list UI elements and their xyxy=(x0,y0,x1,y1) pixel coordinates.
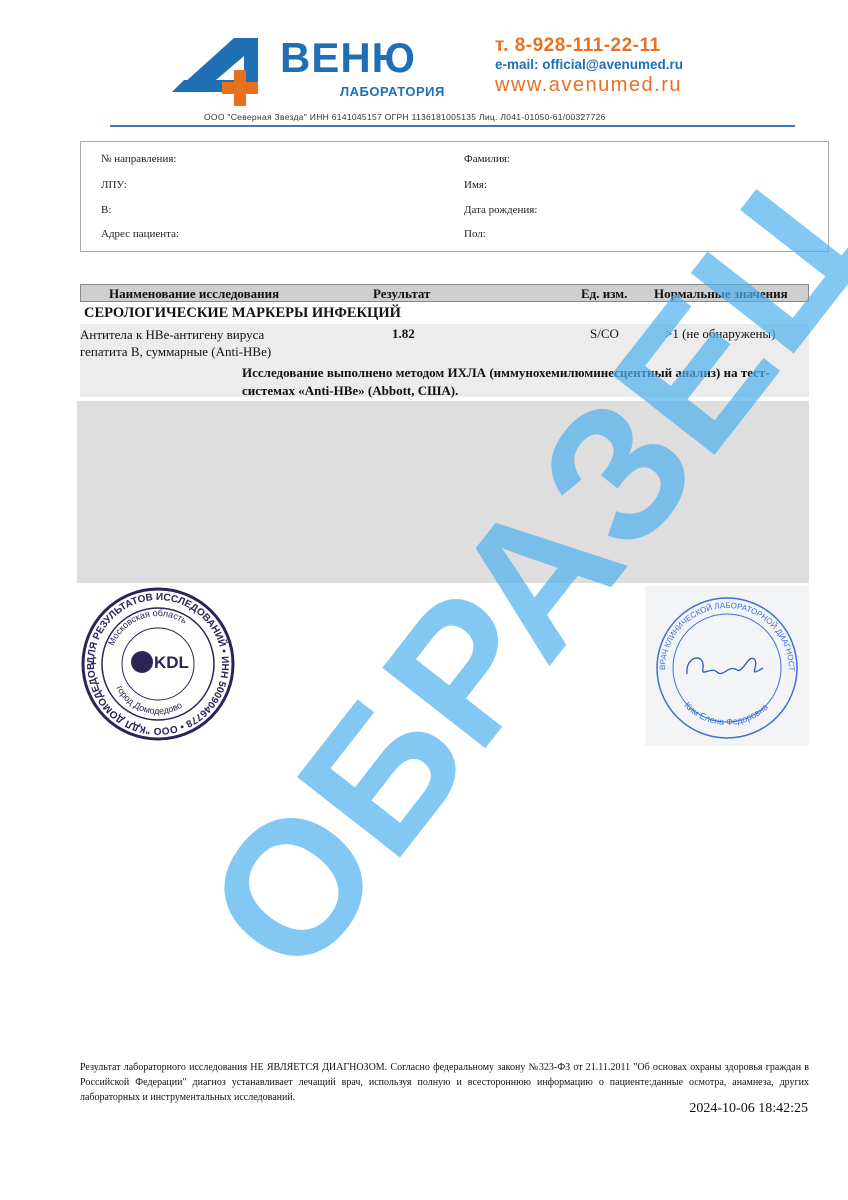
doctor-stamp: ВРАЧ КЛИНИЧЕСКОЙ ЛАБОРАТОРНОЙ ДИАГНОСТИК… xyxy=(645,586,809,746)
birthdate-label: Дата рождения: xyxy=(464,204,537,216)
kdl-stamp-icon: ДЛЯ РЕЗУЛЬТАТОВ ИССЛЕДОВАНИЙ • ИНН 50090… xyxy=(80,586,236,742)
logo-subtitle: ЛАБОРАТОРИЯ xyxy=(340,84,445,99)
report-timestamp: 2024-10-06 18:42:25 xyxy=(689,1101,808,1117)
patient-info-box: № направления: ЛПУ: В: Адрес пациента: Ф… xyxy=(80,141,829,252)
svg-text:KDL: KDL xyxy=(154,653,189,672)
patient-address-label: Адрес пациента: xyxy=(101,228,179,240)
letterhead: ВЕНЮ ЛАБОРАТОРИЯ т. 8-928-111-22-11 e-ma… xyxy=(110,28,800,128)
doctor-seal-signature-icon: ВРАЧ КЛИНИЧЕСКОЙ ЛАБОРАТОРНОЙ ДИАГНОСТИК… xyxy=(645,586,809,746)
sex-label: Пол: xyxy=(464,228,486,240)
col-result: Результат xyxy=(373,286,430,302)
contacts: т. 8-928-111-22-11 e-mail: official@aven… xyxy=(495,36,683,96)
website: www.avenumed.ru xyxy=(495,74,683,96)
lpu-label: ЛПУ: xyxy=(101,179,127,191)
section-title: СЕРОЛОГИЧЕСКИЕ МАРКЕРЫ ИНФЕКЦИЙ xyxy=(80,302,809,324)
header-divider xyxy=(110,125,795,127)
v-label: В: xyxy=(101,204,111,216)
disclaimer: Результат лабораторного исследования НЕ … xyxy=(80,1060,809,1105)
table-row: Антитела к HBe-антигену вируса гепатита … xyxy=(80,324,809,397)
col-unit: Ед. изм. xyxy=(581,286,627,302)
referral-number-label: № направления: xyxy=(101,153,176,165)
email: e-mail: official@avenumed.ru xyxy=(495,56,683,74)
svg-text:Ким Елена Федоровна: Ким Елена Федоровна xyxy=(682,700,769,727)
col-test-name: Наименование исследования xyxy=(109,286,279,302)
logo-wordmark: ВЕНЮ xyxy=(280,34,416,82)
aveniu-logo: ВЕНЮ ЛАБОРАТОРИЯ xyxy=(172,34,452,106)
first-name-label: Имя: xyxy=(464,179,487,191)
col-normal-values: Нормальные значения xyxy=(654,286,788,302)
svg-text:город Домодедово: город Домодедово xyxy=(115,684,184,716)
test-method-comment: Исследование выполнено методом ИХЛА (имм… xyxy=(242,364,802,400)
organization-details: ООО "Северная Звезда" ИНН 6141045157 ОГР… xyxy=(204,112,606,122)
test-name: Антитела к HBe-антигену вируса гепатита … xyxy=(80,326,310,360)
logo-a-cross-icon xyxy=(172,34,282,106)
phone: т. 8-928-111-22-11 xyxy=(495,36,683,56)
test-normal-value: >1 (не обнаружены) xyxy=(665,326,776,342)
test-result: 1.82 xyxy=(392,326,415,342)
test-unit: S/CO xyxy=(590,326,619,342)
results-table: Наименование исследования Результат Ед. … xyxy=(80,284,809,397)
empty-results-area xyxy=(77,401,809,583)
table-header: Наименование исследования Результат Ед. … xyxy=(80,284,809,302)
surname-label: Фамилия: xyxy=(464,153,510,165)
lab-stamp: ДЛЯ РЕЗУЛЬТАТОВ ИССЛЕДОВАНИЙ • ИНН 50090… xyxy=(80,586,236,742)
